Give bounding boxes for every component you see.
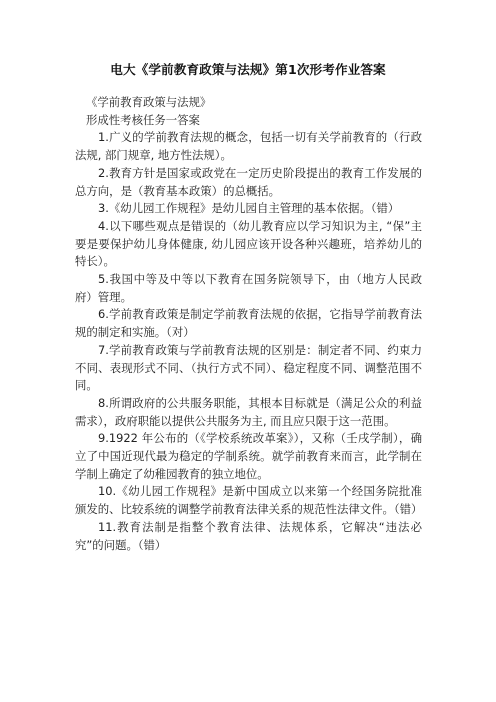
answer-item-1: 1.广义的学前教育法规的概念，包括一切有关学前教育的（行政法规, 部门规章, 地… [75, 129, 422, 164]
answer-item-2: 2.教育方针是国家或政党在一定历史阶段提出的教育工作发展的总方向，是（教育基本政… [75, 165, 422, 200]
task-heading: 形成性考核任务一答案 [75, 112, 422, 130]
answer-item-11: 11.教育法制是指整个教育法律、法规体系，它解决“违法必究”的问题。（错） [75, 519, 422, 554]
answer-item-10: 10.《幼儿园工作规程》是新中国成立以来第一个经国务院批准颁发的、比较系统的调整… [75, 483, 422, 518]
answer-item-7: 7.学前教育政策与学前教育法规的区别是：制定者不同、约束力不同、表现形式不同、（… [75, 342, 422, 395]
answer-item-6: 6.学前教育政策是制定学前教育法规的依据，它指导学前教育法规的制定和实施。（对） [75, 306, 422, 341]
answer-item-8: 8.所谓政府的公共服务职能，其根本目标就是（满足公众的利益需求），政府职能以提供… [75, 395, 422, 430]
document-page: 电大《学前教育政策与法规》第1次形考作业答案 《学前教育政策与法规》 形成性考核… [0, 0, 496, 702]
answer-item-4: 4.以下哪些观点是错误的（幼儿教育应以学习知识为主, “保”主要是要保护幼儿身体… [75, 218, 422, 271]
document-title: 电大《学前教育政策与法规》第1次形考作业答案 [0, 59, 496, 78]
answer-item-3: 3.《幼儿园工作规程》是幼儿园自主管理的基本依据。（错） [75, 200, 422, 218]
answer-item-5: 5.我国中等及中等以下教育在国务院领导下，由（地方人民政府）管理。 [75, 271, 422, 306]
course-name: 《学前教育政策与法规》 [75, 94, 422, 112]
document-body: 《学前教育政策与法规》 形成性考核任务一答案 1.广义的学前教育法规的概念，包括… [75, 94, 422, 554]
answer-item-9: 9.1922 年公布的（《学校系统改革案》），又称（壬戌学制），确立了中国近现代… [75, 430, 422, 483]
